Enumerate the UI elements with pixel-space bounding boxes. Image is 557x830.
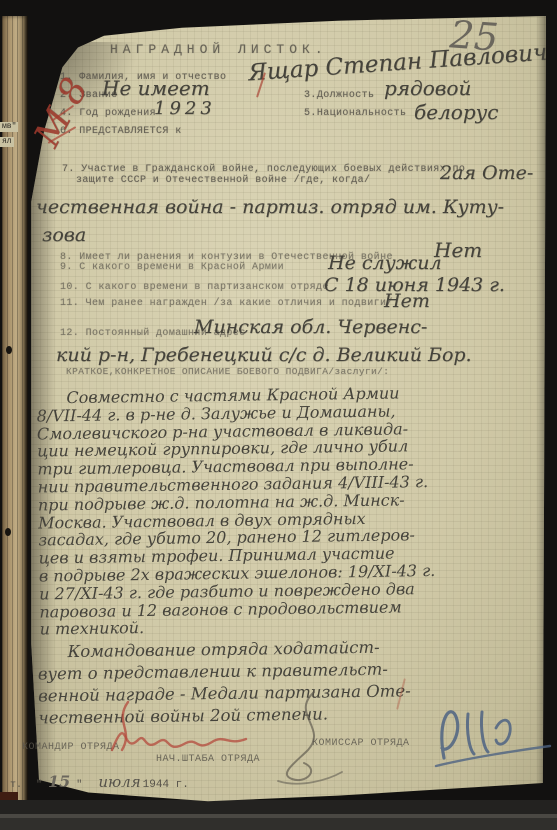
field9-value-handwritten: Не служил [328,252,442,274]
field9-label: С какого времени в Красной Армии [79,262,284,273]
field7-value-line1: 2ая Оте- [440,162,533,184]
chief-of-staff-signature [262,686,347,786]
date-open-quote: " [36,780,42,791]
field7-label-line1: Участие в Гражданской войне, последующих… [81,164,465,175]
field3-number: 3. [304,90,317,101]
field4-label: Год рождения [79,108,156,119]
document-title: НАГРАДНОЙ ЛИСТОК. [110,42,328,57]
underlying-page-fragment: мв" [0,122,18,132]
field12-number: 12. [60,328,79,339]
date-close-quote: " [76,780,82,791]
field7-value-line2: чественная война - партиз. отряд им. Кут… [36,196,504,218]
field4-value-handwritten: 1923 [154,98,216,119]
field6-label: ПРЕДСТАВЛЯЕТСЯ к [79,126,181,137]
date-line: т. " 15 " июля 1944 г. [10,772,189,791]
field5-value-handwritten: белорус [414,100,498,124]
field5-number: 5. [304,108,317,119]
underlying-page-fragment: ял [0,137,14,147]
field7-label-line2: защите СССР и Отечественной войне /где, … [76,175,370,186]
date-day-handwritten: 15 [48,772,70,791]
award-sheet-page: НАГРАДНОЙ ЛИСТОК. 25 1. Фамилия, имя и о… [26,12,546,802]
field11-value-handwritten: Нет [384,290,430,312]
field11-number: 11. [60,298,79,309]
field3-label: Должность [317,90,375,101]
description-heading: КРАТКОЕ,КОНКРЕТНОЕ ОПИСАНИЕ БОЕВОГО ПОДВ… [66,366,389,377]
field11-label: Чем ранее награжден /за какие отличия и … [86,298,393,309]
field5-label: Национальность [317,108,407,119]
field2-value-handwritten: Не имеет [102,76,210,100]
date-month-handwritten: июля [98,773,140,791]
binding-stitch [5,528,11,536]
field12-value-line1: Минская обл. Червенс- [194,316,427,338]
description-paragraph-1: Совместно с частями Красной Армии 8/VII-… [36,382,544,638]
field10-label: С какого времени в партизанском отряде [86,282,329,293]
field9-number: 9. [60,262,73,273]
date-year-typed: 1944 г. [143,779,189,791]
commissar-signature [428,692,554,776]
binding-stitch [6,346,12,354]
book-binding-edge [2,16,28,808]
commander-signature [100,692,250,767]
scan-bottom-edge [0,818,557,830]
scanned-award-document: { "colors":{ "paper":"#cfc8a6","typed_in… [0,0,557,830]
field7-number: 7. [62,164,75,175]
field3-value-handwritten: рядовой [384,76,471,100]
field12-value-line2: кий р-н, Гребенецкий с/с д. Великий Бор. [56,344,472,366]
date-prefix: т. [10,780,22,791]
field7-value-line3: зова [42,224,86,246]
scan-bottom-background [0,800,557,814]
field10-number: 10. [60,282,79,293]
